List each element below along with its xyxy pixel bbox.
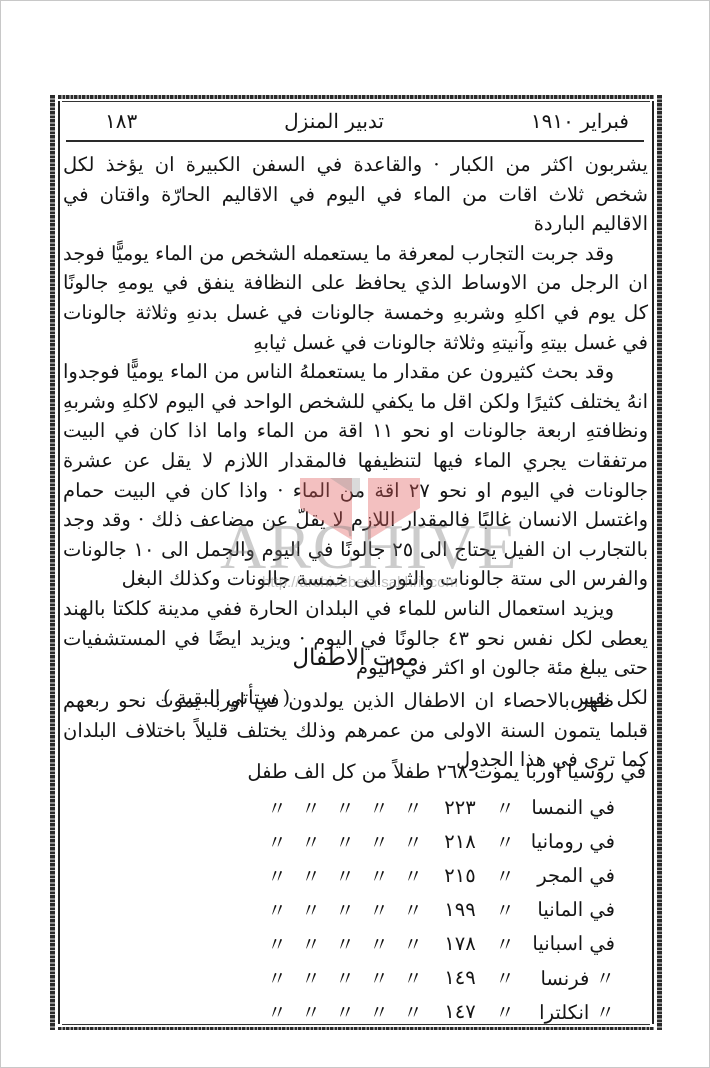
ditto-mark: 〃 xyxy=(396,929,430,957)
ditto-mark: 〃 xyxy=(328,929,362,957)
ditto-mark: 〃 xyxy=(328,861,362,889)
deaths-per-thousand: ١٩٩ xyxy=(430,898,490,921)
ditto-mark: 〃 xyxy=(490,895,520,923)
journal-section-title: تدبير المنزل xyxy=(284,109,384,133)
section-title: موت الاطفال xyxy=(63,645,648,671)
deaths-per-thousand: ١٤٩ xyxy=(430,966,490,989)
frame-left-ornament xyxy=(50,95,55,1030)
ditto-mark: 〃 xyxy=(396,997,430,1025)
ditto-mark: 〃 xyxy=(490,827,520,855)
country: في رومانيا xyxy=(520,830,615,853)
table-row: في اسبانيا 〃 ١٧٨ 〃 〃 〃 〃 〃 xyxy=(240,926,615,960)
frame-right-rule xyxy=(652,101,654,1024)
ditto-mark: 〃 xyxy=(260,827,294,855)
table-row: في المجر 〃 ٢١٥ 〃 〃 〃 〃 〃 xyxy=(240,858,615,892)
ditto-mark: 〃 xyxy=(490,861,520,889)
table-row: في النمسا 〃 ٢٢٣ 〃 〃 〃 〃 〃 xyxy=(240,790,615,824)
ditto-mark: 〃 xyxy=(260,793,294,821)
frame-top-rule xyxy=(62,101,650,102)
paragraph: وقد بحث كثيرون عن مقدار ما يستعملهُ النا… xyxy=(63,357,648,594)
deaths-per-thousand: ٢١٨ xyxy=(430,830,490,853)
paragraph: وقد جربت التجارب لمعرفة ما يستعمله الشخص… xyxy=(63,239,648,357)
deaths-per-thousand: ١٧٨ xyxy=(430,932,490,955)
ditto-mark: 〃 xyxy=(362,963,396,991)
ditto-mark: 〃 xyxy=(260,895,294,923)
ditto-mark: 〃 xyxy=(260,929,294,957)
country: في النمسا xyxy=(520,796,615,819)
ditto-mark: 〃 xyxy=(490,929,520,957)
ditto-mark: 〃 xyxy=(396,827,430,855)
deaths-per-thousand: ٢١٥ xyxy=(430,864,490,887)
ditto-mark: 〃 xyxy=(328,895,362,923)
ditto-mark: 〃 xyxy=(294,861,328,889)
ditto-mark: 〃 xyxy=(294,997,328,1025)
ditto-mark: 〃 xyxy=(294,895,328,923)
header-rule xyxy=(66,140,644,142)
ditto-mark: 〃 xyxy=(294,827,328,855)
frame-left-rule xyxy=(58,101,60,1024)
ditto-mark: 〃 xyxy=(328,827,362,855)
paragraph: يشربون اكثر من الكبار · والقاعدة في السف… xyxy=(63,150,648,239)
ditto-mark: 〃 xyxy=(362,929,396,957)
ditto-mark: 〃 xyxy=(260,963,294,991)
country: 〃 انكلترا xyxy=(520,997,615,1025)
country: في المانيا xyxy=(520,898,615,921)
ditto-mark: 〃 xyxy=(294,929,328,957)
ditto-mark: 〃 xyxy=(362,861,396,889)
ditto-mark: 〃 xyxy=(294,793,328,821)
ditto-mark: 〃 xyxy=(396,861,430,889)
ditto-mark: 〃 xyxy=(362,827,396,855)
issue-date: فبراير ١٩١٠ xyxy=(531,109,635,133)
ditto-mark: 〃 xyxy=(490,997,520,1025)
table-row: في المانيا 〃 ١٩٩ 〃 〃 〃 〃 〃 xyxy=(240,892,615,926)
ditto-mark: 〃 xyxy=(328,963,362,991)
table-row: 〃 انكلترا 〃 ١٤٧ 〃 〃 〃 〃 〃 xyxy=(240,994,615,1028)
page-number: ١٨٣ xyxy=(75,109,137,133)
ditto-mark: 〃 xyxy=(260,861,294,889)
running-header: فبراير ١٩١٠ تدبير المنزل ١٨٣ xyxy=(75,104,635,138)
ditto-mark: 〃 xyxy=(490,963,520,991)
frame-top-ornament xyxy=(58,95,654,99)
ditto-mark: 〃 xyxy=(396,963,430,991)
ditto-mark: 〃 xyxy=(362,895,396,923)
ditto-mark: 〃 xyxy=(490,793,520,821)
ditto-mark: 〃 xyxy=(396,895,430,923)
mortality-table: في النمسا 〃 ٢٢٣ 〃 〃 〃 〃 〃 في رومانيا 〃 ٢… xyxy=(240,790,615,1028)
frame-right-ornament xyxy=(657,95,662,1030)
ditto-mark: 〃 xyxy=(328,997,362,1025)
table-row: في رومانيا 〃 ٢١٨ 〃 〃 〃 〃 〃 xyxy=(240,824,615,858)
table-row: 〃 فرنسا 〃 ١٤٩ 〃 〃 〃 〃 〃 xyxy=(240,960,615,994)
deaths-per-thousand: ٢٢٣ xyxy=(430,796,490,819)
table-intro: في روسيا اوربا يموت ٢٦٨ طفلاً من كل الف … xyxy=(247,760,646,783)
ditto-mark: 〃 xyxy=(328,793,362,821)
country: في المجر xyxy=(520,864,615,887)
article-water-usage: يشربون اكثر من الكبار · والقاعدة في السف… xyxy=(63,150,648,712)
deaths-per-thousand: ١٤٧ xyxy=(430,1000,490,1023)
ditto-mark: 〃 xyxy=(294,963,328,991)
country: في اسبانيا xyxy=(520,932,615,955)
ditto-mark: 〃 xyxy=(362,793,396,821)
ditto-mark: 〃 xyxy=(396,793,430,821)
country: 〃 فرنسا xyxy=(520,963,615,991)
ditto-mark: 〃 xyxy=(260,997,294,1025)
ditto-mark: 〃 xyxy=(362,997,396,1025)
